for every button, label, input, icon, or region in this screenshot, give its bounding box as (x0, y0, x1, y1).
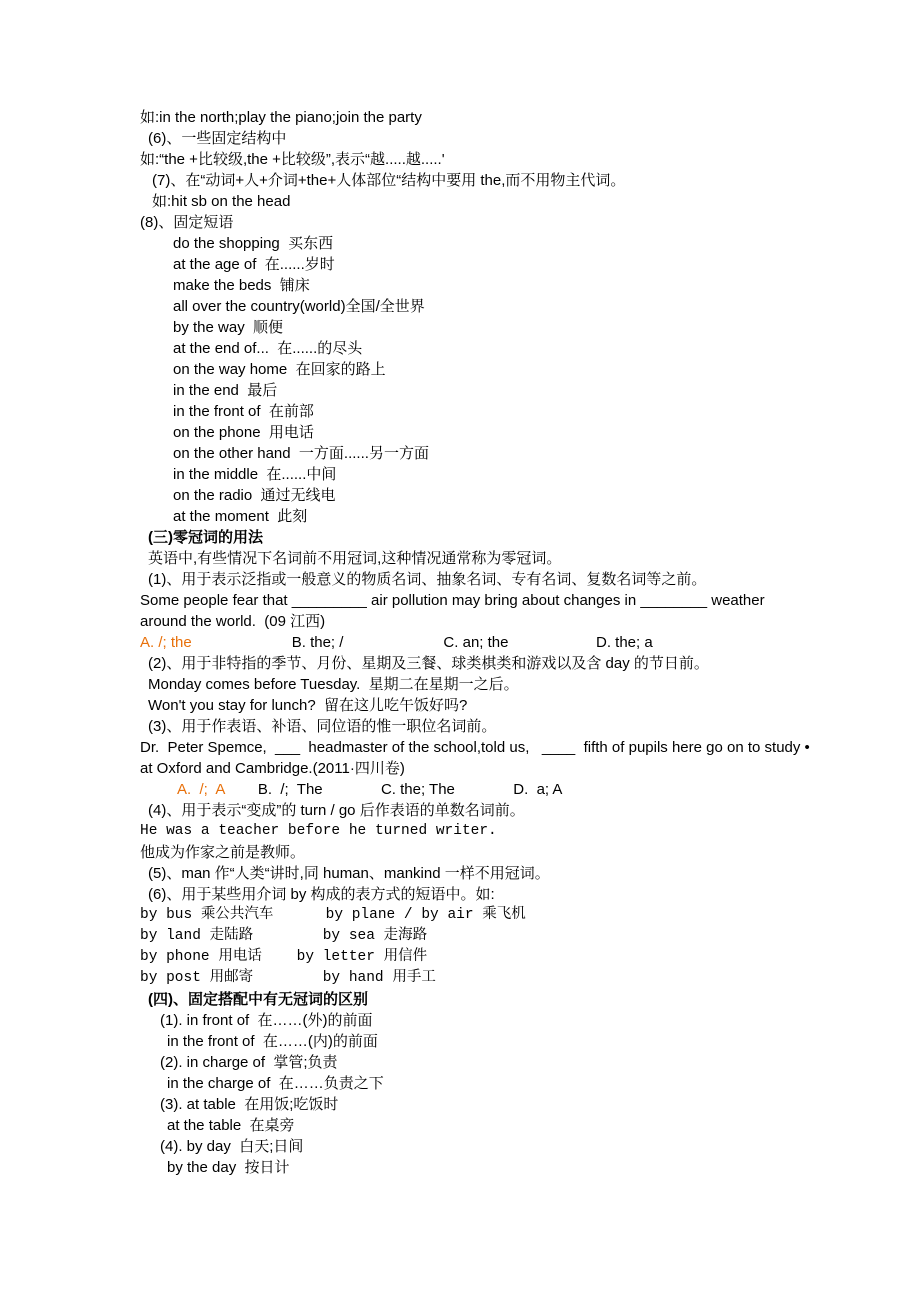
text-segment: at Oxford and Cambridge.(2011·四川卷) (140, 760, 405, 777)
text-line: in the charge of 在……负责之下 (140, 1073, 820, 1094)
text-line: (7)、在“动词+人+介词+the+人体部位“结构中要用 the,而不用物主代词… (140, 170, 820, 191)
text-line: (6)、用于某些用介词 by 构成的表方式的短语中。如: (140, 884, 820, 905)
text-segment: 他成为作家之前是教师。 (140, 844, 305, 861)
text-segment: (2)、用于非特指的季节、月份、星期及三餐、球类棋类和游戏以及含 day 的节日… (148, 655, 709, 672)
text-segment: 英语中,有些情况下名词前不用冠词,这种情况通常称为零冠词。 (148, 550, 561, 567)
text-line: by land 走陆路 by sea 走海路 (140, 926, 820, 947)
text-segment: 如:hit sb on the head (152, 193, 290, 210)
text-line: (1). in front of 在……(外)的前面 (140, 1010, 820, 1031)
text-segment: at the age of 在......岁时 (173, 256, 335, 273)
text-line: (4). by day 白天;日间 (140, 1136, 820, 1157)
answer-highlight: A. /; the (140, 634, 192, 651)
text-segment: around the world. (09 江西) (140, 613, 325, 630)
text-line: in the middle 在......中间 (140, 464, 820, 485)
text-segment: Dr. Peter Spemce, ___ headmaster of the … (140, 739, 810, 756)
text-line: in the end 最后 (140, 380, 820, 401)
text-line: (1)、用于表示泛指或一般意义的物质名词、抽象名词、专有名词、复数名词等之前。 (140, 569, 820, 590)
text-line: Dr. Peter Spemce, ___ headmaster of the … (140, 737, 820, 758)
text-segment: He was a teacher before he turned writer… (140, 823, 497, 839)
text-segment: (8)、固定短语 (140, 214, 233, 231)
answer-highlight: A. /; A (177, 781, 225, 798)
text-line: (3)、用于作表语、补语、同位语的惟一职位名词前。 (140, 716, 820, 737)
text-segment: by bus 乘公共汽车 by plane / by air 乘飞机 (140, 907, 526, 923)
text-line: all over the country(world)全国/全世界 (140, 296, 820, 317)
text-line: 他成为作家之前是教师。 (140, 842, 820, 863)
text-line: on the other hand 一方面......另一方面 (140, 443, 820, 464)
text-line: (4)、用于表示“变成”的 turn / go 后作表语的单数名词前。 (140, 800, 820, 821)
text-line: by the day 按日计 (140, 1157, 820, 1178)
text-segment: do the shopping 买东西 (173, 235, 333, 252)
text-segment: make the beds 铺床 (173, 277, 310, 294)
text-line: do the shopping 买东西 (140, 233, 820, 254)
text-line: A. /; the B. the; / C. an; the D. the; a (140, 632, 820, 653)
text-line: by the way 顺便 (140, 317, 820, 338)
text-segment: at the table 在桌旁 (167, 1117, 295, 1134)
text-line: (三)零冠词的用法 (140, 527, 820, 548)
text-segment: (5)、man 作“人类“讲时,同 human、mankind 一样不用冠词。 (148, 865, 550, 882)
text-line: on the radio 通过无线电 (140, 485, 820, 506)
text-segment: (1)、用于表示泛指或一般意义的物质名词、抽象名词、专有名词、复数名词等之前。 (148, 571, 706, 588)
text-segment: all over the country(world)全国/全世界 (173, 298, 425, 315)
text-segment: B. /; The C. the; The D. a; A (225, 781, 563, 798)
document-screenshot: { "colors": { "accent": "#E8700A", "text… (0, 0, 920, 1302)
text-line: (2)、用于非特指的季节、月份、星期及三餐、球类棋类和游戏以及含 day 的节日… (140, 653, 820, 674)
text-line: (6)、一些固定结构中 (140, 128, 820, 149)
text-segment: (四)、固定搭配中有无冠词的区别 (148, 991, 368, 1008)
text-line: in the front of 在……(内)的前面 (140, 1031, 820, 1052)
text-segment: B. the; / C. an; the D. the; a (192, 634, 653, 651)
text-segment: (2). in charge of 掌管;负责 (160, 1054, 338, 1071)
text-line: 如:“the +比较级,the +比较级”,表示“越.....越.....' (140, 149, 820, 170)
text-line: at the end of... 在......的尽头 (140, 338, 820, 359)
text-segment: (3)、用于作表语、补语、同位语的惟一职位名词前。 (148, 718, 496, 735)
text-segment: in the middle 在......中间 (173, 466, 336, 483)
text-segment: in the charge of 在……负责之下 (167, 1075, 384, 1092)
text-segment: on the radio 通过无线电 (173, 487, 336, 504)
text-line: at the table 在桌旁 (140, 1115, 820, 1136)
text-segment: 如:“the +比较级,the +比较级”,表示“越.....越.....' (140, 151, 445, 168)
text-segment: by phone 用电话 by letter 用信件 (140, 949, 427, 965)
text-line: 英语中,有些情况下名词前不用冠词,这种情况通常称为零冠词。 (140, 548, 820, 569)
text-segment: 如:in the north;play the piano;join the p… (140, 109, 422, 126)
text-segment: (7)、在“动词+人+介词+the+人体部位“结构中要用 the,而不用物主代词… (152, 172, 625, 189)
text-line: by bus 乘公共汽车 by plane / by air 乘飞机 (140, 905, 820, 926)
text-line: (8)、固定短语 (140, 212, 820, 233)
text-segment: (3). at table 在用饭;吃饭时 (160, 1096, 338, 1113)
text-segment: on the other hand 一方面......另一方面 (173, 445, 429, 462)
text-segment: at the moment 此刻 (173, 508, 307, 525)
text-segment: by the way 顺便 (173, 319, 283, 336)
text-line: by phone 用电话 by letter 用信件 (140, 947, 820, 968)
text-segment: on the way home 在回家的路上 (173, 361, 386, 378)
text-line: (3). at table 在用饭;吃饭时 (140, 1094, 820, 1115)
text-segment: (6)、用于某些用介词 by 构成的表方式的短语中。如: (148, 886, 495, 903)
text-segment: (4)、用于表示“变成”的 turn / go 后作表语的单数名词前。 (148, 802, 525, 819)
text-line: in the front of 在前部 (140, 401, 820, 422)
document-body: 如:in the north;play the piano;join the p… (140, 107, 820, 1178)
text-segment: (6)、一些固定结构中 (148, 130, 286, 147)
text-line: around the world. (09 江西) (140, 611, 820, 632)
text-segment: Won't you stay for lunch? 留在这儿吃午饭好吗? (148, 697, 467, 714)
text-segment: at the end of... 在......的尽头 (173, 340, 362, 357)
text-line: 如:hit sb on the head (140, 191, 820, 212)
text-line: by post 用邮寄 by hand 用手工 (140, 968, 820, 989)
text-line: (5)、man 作“人类“讲时,同 human、mankind 一样不用冠词。 (140, 863, 820, 884)
text-line: make the beds 铺床 (140, 275, 820, 296)
text-segment: Monday comes before Tuesday. 星期二在星期一之后。 (148, 676, 519, 693)
text-line: He was a teacher before he turned writer… (140, 821, 820, 842)
text-line: (四)、固定搭配中有无冠词的区别 (140, 989, 820, 1010)
text-segment: (4). by day 白天;日间 (160, 1138, 303, 1155)
text-line: (2). in charge of 掌管;负责 (140, 1052, 820, 1073)
text-line: on the way home 在回家的路上 (140, 359, 820, 380)
text-line: Monday comes before Tuesday. 星期二在星期一之后。 (140, 674, 820, 695)
text-line: at the age of 在......岁时 (140, 254, 820, 275)
text-line: 如:in the north;play the piano;join the p… (140, 107, 820, 128)
text-line: Won't you stay for lunch? 留在这儿吃午饭好吗? (140, 695, 820, 716)
text-line: at Oxford and Cambridge.(2011·四川卷) (140, 758, 820, 779)
text-segment: by the day 按日计 (167, 1159, 290, 1176)
text-segment: (三)零冠词的用法 (148, 529, 263, 546)
text-segment: (1). in front of 在……(外)的前面 (160, 1012, 373, 1029)
text-segment: on the phone 用电话 (173, 424, 314, 441)
text-line: A. /; A B. /; The C. the; The D. a; A (140, 779, 820, 800)
text-segment: in the front of 在……(内)的前面 (167, 1033, 378, 1050)
text-segment: Some people fear that _________ air poll… (140, 592, 765, 609)
text-line: Some people fear that _________ air poll… (140, 590, 820, 611)
text-segment: in the front of 在前部 (173, 403, 314, 420)
text-line: on the phone 用电话 (140, 422, 820, 443)
text-line: at the moment 此刻 (140, 506, 820, 527)
text-segment: by land 走陆路 by sea 走海路 (140, 928, 427, 944)
text-segment: by post 用邮寄 by hand 用手工 (140, 970, 436, 986)
text-segment: in the end 最后 (173, 382, 277, 399)
